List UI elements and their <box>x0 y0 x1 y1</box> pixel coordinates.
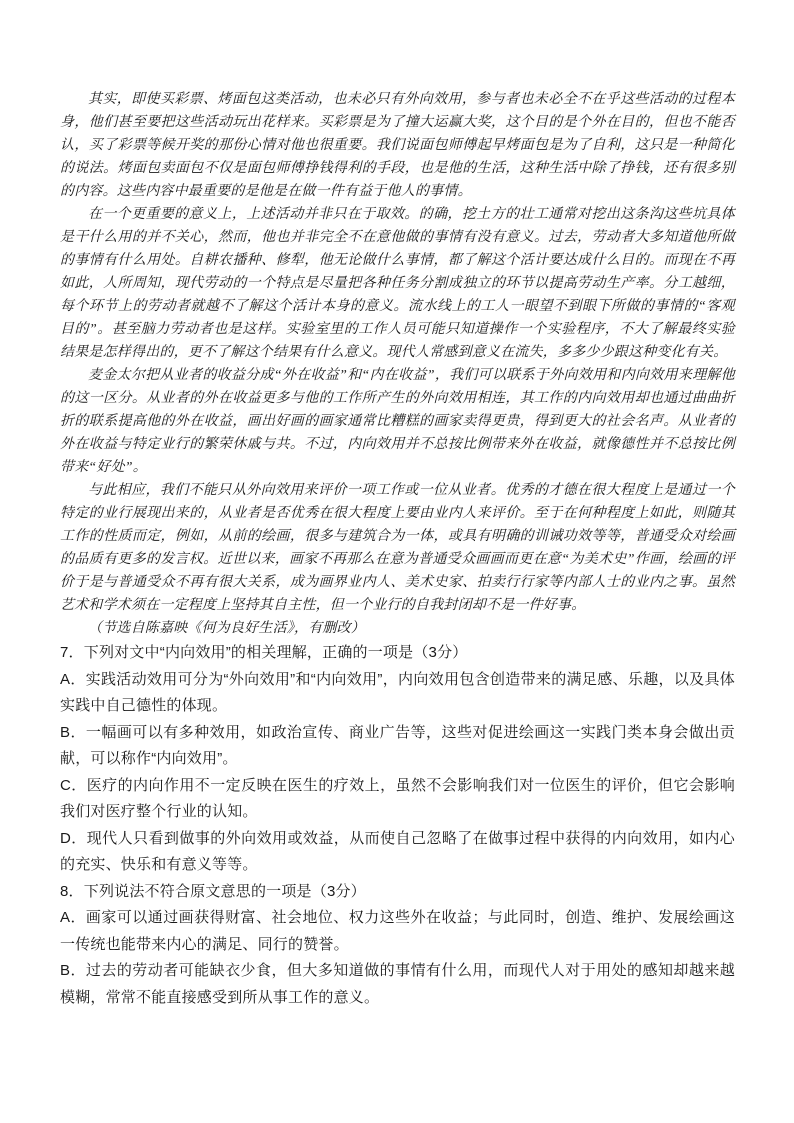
source-attribution: （节选自陈嘉映《何为良好生活》，有删改） <box>60 617 735 640</box>
question-8-stem: 8．下列说法不符合原文意思的一项是（3分） <box>60 879 735 906</box>
question-7: 7．下列对文中“内向效用”的相关理解，正确的一项是（3分） A．实践活动效用可分… <box>60 640 735 879</box>
exam-page: 其实，即使买彩票、烤面包这类活动，也未必只有外向效用，参与者也未必全不在乎这些活… <box>0 0 794 1123</box>
question-7-stem: 7．下列对文中“内向效用”的相关理解，正确的一项是（3分） <box>60 640 735 667</box>
question-8-option-a: A．画家可以通过画获得财富、社会地位、权力这些外在收益；与此同时，创造、维护、发… <box>60 905 735 958</box>
question-7-option-b: B．一幅画可以有多种效用，如政治宣传、商业广告等，这些对促进绘画这一实践门类本身… <box>60 720 735 773</box>
question-7-option-c: C．医疗的内向作用不一定反映在医生的疗效上，虽然不会影响我们对一位医生的评价，但… <box>60 773 735 826</box>
passage-paragraph-1: 其实，即使买彩票、烤面包这类活动，也未必只有外向效用，参与者也未必全不在乎这些活… <box>60 88 735 203</box>
reading-passage: 其实，即使买彩票、烤面包这类活动，也未必只有外向效用，参与者也未必全不在乎这些活… <box>60 88 735 640</box>
question-7-option-a: A．实践活动效用可分为“外向效用”和“内向效用”，内向效用包含创造带来的满足感、… <box>60 667 735 720</box>
question-8: 8．下列说法不符合原文意思的一项是（3分） A．画家可以通过画获得财富、社会地位… <box>60 879 735 1012</box>
passage-paragraph-3: 麦金太尔把从业者的收益分成“外在收益”和“内在收益”，我们可以联系于外向效用和内… <box>60 364 735 479</box>
passage-paragraph-4: 与此相应，我们不能只从外向效用来评价一项工作或一位从业者。优秀的才德在很大程度上… <box>60 479 735 617</box>
question-8-option-b: B．过去的劳动者可能缺衣少食，但大多知道做的事情有什么用，而现代人对于用处的感知… <box>60 958 735 1011</box>
passage-paragraph-2: 在一个更重要的意义上，上述活动并非只在于取效。的确，挖土方的壮工通常对挖出这条沟… <box>60 203 735 364</box>
question-7-option-d: D．现代人只看到做事的外向效用或效益，从而使自己忽略了在做事过程中获得的内向效用… <box>60 826 735 879</box>
